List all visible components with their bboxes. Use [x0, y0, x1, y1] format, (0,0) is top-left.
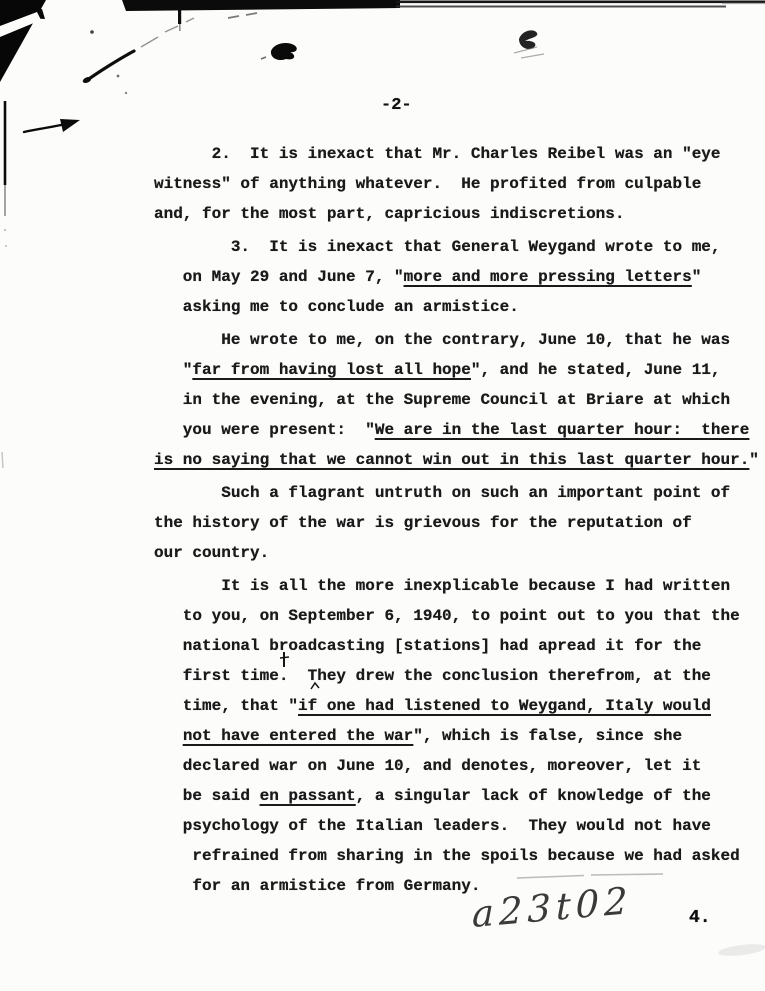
text: declared war on June 10, and denotes, mo…: [154, 757, 701, 775]
text: the history of the war is grievous for t…: [154, 514, 692, 532]
document-line: and, for the most part, capricious indis…: [154, 199, 765, 229]
page-number-top: -2-: [381, 96, 412, 115]
underlined-text: We are in the last quarter hour: there: [375, 421, 749, 439]
text: psychology of the Italian leaders. They …: [154, 817, 711, 835]
paragraph: He wrote to me, on the contrary, June 10…: [154, 325, 765, 475]
document-line: for an armistice from Germany.: [154, 871, 765, 901]
underlined-text: not have entered the war: [183, 727, 413, 745]
document-line: to you, on September 6, 1940, to point o…: [154, 601, 765, 631]
document-line: on May 29 and June 7, "more and more pre…: [154, 262, 765, 292]
page-number-bottom: 4.: [689, 908, 711, 928]
document-line: declared war on June 10, and denotes, mo…: [154, 751, 765, 781]
text: for an armistice from Germany.: [154, 877, 480, 895]
text: be said: [154, 787, 260, 805]
document-line: the history of the war is grievous for t…: [154, 508, 765, 538]
paragraph: It is all the more inexplicable because …: [154, 571, 765, 901]
document-line: witness" of anything whatever. He profit…: [154, 169, 765, 199]
document-line: He wrote to me, on the contrary, June 10…: [154, 325, 765, 355]
ink-smudge-right: [519, 30, 537, 49]
document-line: "far from having lost all hope", and he …: [154, 355, 765, 385]
document-line: asking me to conclude an armistice.: [154, 292, 765, 322]
scanned-document-page: -2- 2. It is inexact that Mr. Charles Re…: [0, 0, 765, 991]
text: , a singular lack of knowledge of the: [356, 787, 711, 805]
text: Such a flagrant untruth on such an impor…: [154, 484, 730, 502]
document-line: be said en passant, a singular lack of k…: [154, 781, 765, 811]
text: 2. It is inexact that Mr. Charles Reibel…: [154, 145, 721, 163]
text: our country.: [154, 544, 269, 562]
document-line: not have entered the war", which is fals…: [154, 721, 765, 751]
document-line: It is all the more inexplicable because …: [154, 571, 765, 601]
document-line: in the evening, at the Supreme Council a…: [154, 385, 765, 415]
document-line: time, that "if one had listened to Weyga…: [154, 691, 765, 721]
text: He wrote to me, on the contrary, June 10…: [154, 331, 730, 349]
text: [154, 727, 183, 745]
underlined-text: far from having lost all hope: [192, 361, 470, 379]
text: time, that ": [154, 697, 298, 715]
paragraph: 3. It is inexact that General Weygand wr…: [154, 232, 765, 322]
document-line: Such a flagrant untruth on such an impor…: [154, 478, 765, 508]
text: refrained from sharing in the spoils bec…: [154, 847, 740, 865]
text: 3. It is inexact that General Weygand wr…: [154, 238, 721, 256]
text: witness" of anything whatever. He profit…: [154, 175, 701, 193]
document-line: our country.: [154, 538, 765, 568]
underlined-text: en passant: [260, 787, 356, 805]
underlined-text: if one had listened to Weygand, Italy wo…: [298, 697, 711, 715]
text: ": [749, 451, 759, 469]
text: asking me to conclude an armistice.: [154, 298, 519, 316]
text: on May 29 and June 7, ": [154, 268, 404, 286]
underlined-text: is no saying that we cannot win out in t…: [154, 451, 749, 469]
text: ": [692, 268, 702, 286]
text: ": [154, 361, 192, 379]
underlined-text: more and more pressing letters: [404, 268, 692, 286]
text: you were present: ": [154, 421, 375, 439]
document-line: is no saying that we cannot win out in t…: [154, 445, 765, 475]
text: in the evening, at the Supreme Council a…: [154, 391, 730, 409]
ink-smudge-left: [271, 43, 297, 60]
paragraph: Such a flagrant untruth on such an impor…: [154, 478, 765, 568]
text: national broadcasting [stations] had apr…: [154, 637, 701, 655]
arrow-mark: [24, 124, 66, 132]
corner-fold-mark: [0, 0, 46, 82]
document-line: psychology of the Italian leaders. They …: [154, 811, 765, 841]
text: to you, on September 6, 1940, to point o…: [154, 607, 740, 625]
pen-scratch-mark: [86, 51, 134, 81]
document-line: national broadcasting [stations] had apr…: [154, 631, 765, 661]
top-edge-bar: [122, 0, 400, 11]
document-line: 2. It is inexact that Mr. Charles Reibel…: [154, 139, 765, 169]
document-line: refrained from sharing in the spoils bec…: [154, 841, 765, 871]
text: ", which is false, since she: [413, 727, 682, 745]
text: and, for the most part, capricious indis…: [154, 205, 624, 223]
document-body: 2. It is inexact that Mr. Charles Reibel…: [154, 139, 765, 901]
text: first time. They drew the conclusion the…: [154, 667, 711, 685]
paragraph: 2. It is inexact that Mr. Charles Reibel…: [154, 139, 765, 229]
document-line: first time. They drew the conclusion the…: [154, 661, 765, 691]
text: It is all the more inexplicable because …: [154, 577, 730, 595]
text: ", and he stated, June 11,: [471, 361, 721, 379]
document-line: 3. It is inexact that General Weygand wr…: [154, 232, 765, 262]
document-line: you were present: "We are in the last qu…: [154, 415, 765, 445]
